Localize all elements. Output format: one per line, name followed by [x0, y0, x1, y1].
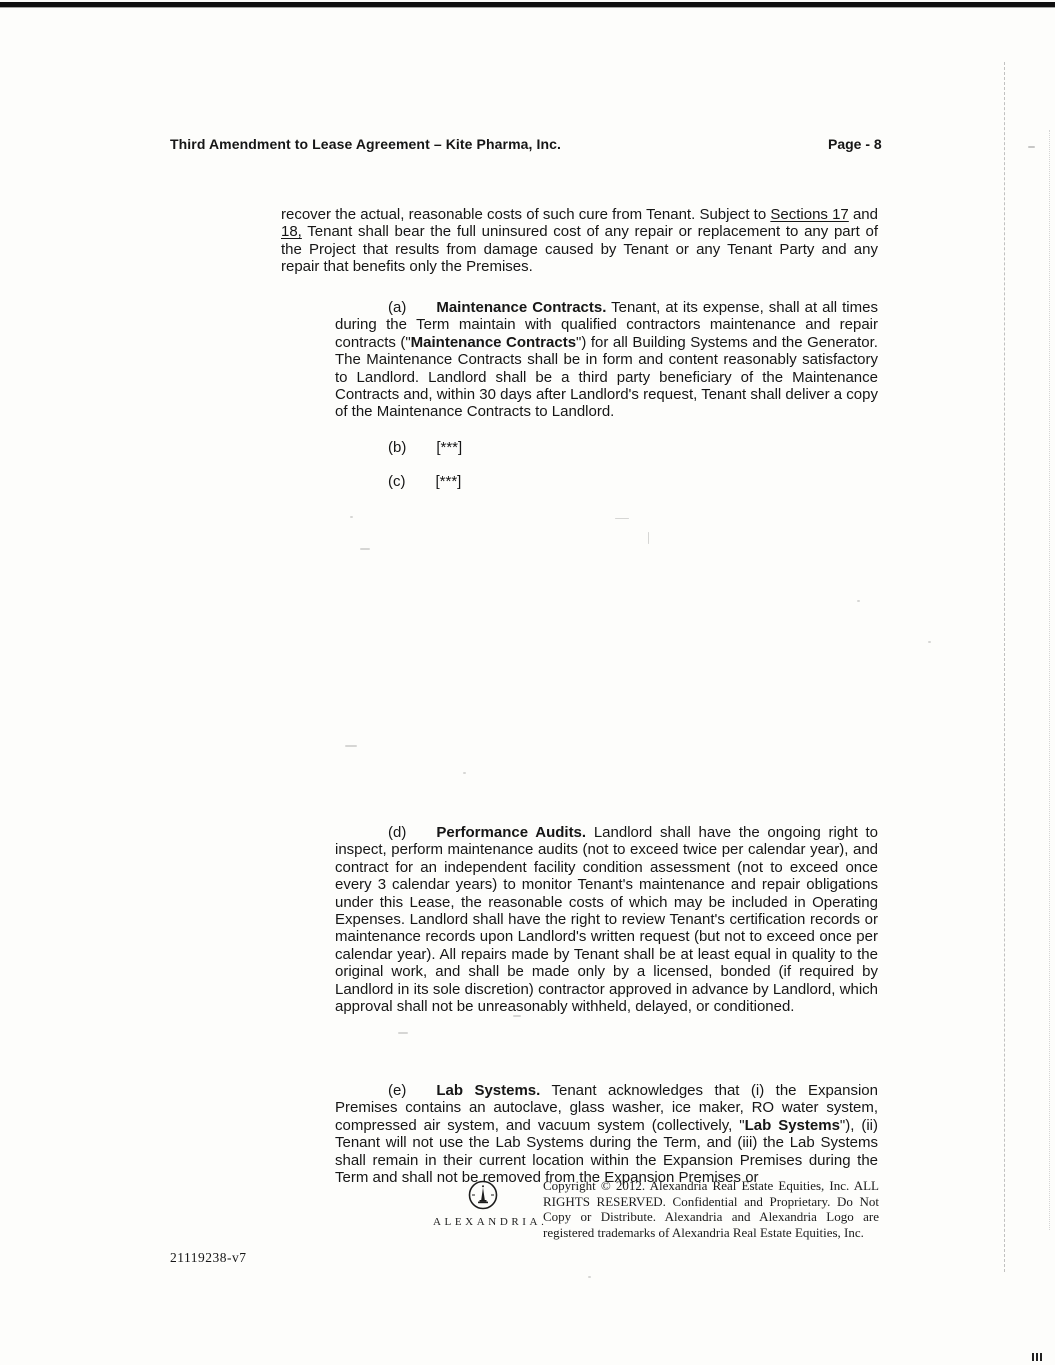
scan-speck — [648, 532, 649, 544]
scan-speck — [345, 745, 357, 747]
defined-term: Lab Systems — [745, 1117, 840, 1134]
scan-speck — [398, 1032, 408, 1034]
paragraph-intro: recover the actual, reasonable costs of … — [281, 206, 878, 276]
copyright-notice: Copyright © 2012. Alexandria Real Estate… — [543, 1178, 879, 1240]
text-segment: Tenant shall bear the full uninsured cos… — [281, 223, 878, 275]
clause-label: (c) — [388, 473, 406, 490]
scan-speck — [463, 772, 466, 774]
scan-speck — [513, 1015, 521, 1017]
scan-artifact-edge-line — [1049, 130, 1050, 1230]
scan-speck — [857, 600, 860, 602]
page-number-label: Page - 8 — [828, 136, 882, 152]
clause-heading: Maintenance Contracts. — [436, 299, 606, 316]
section-17-reference: Sections 17 — [770, 206, 848, 223]
scan-speck — [360, 548, 370, 550]
clause-label: (b) — [388, 439, 406, 456]
alexandria-logo: ALEXANDRIA. — [433, 1178, 533, 1228]
lighthouse-icon — [465, 1178, 501, 1214]
scan-speck — [615, 518, 629, 519]
scan-speck — [350, 516, 353, 518]
defined-term: Maintenance Contracts — [411, 334, 576, 351]
redacted-text: [***] — [436, 473, 462, 490]
scan-speck — [1028, 146, 1035, 148]
alexandria-logo-text: ALEXANDRIA. — [433, 1216, 533, 1228]
clause-heading: Performance Audits. — [436, 824, 586, 841]
clause-heading: Lab Systems. — [436, 1082, 540, 1099]
paragraph-e-lab-systems: (e)Lab Systems. Tenant acknowledges that… — [335, 1082, 878, 1186]
paragraph-a-maintenance-contracts: (a)Maintenance Contracts. Tenant, at its… — [335, 299, 878, 421]
document-control-number: 21119238-v7 — [170, 1250, 247, 1266]
scan-artifact-vertical-line — [1004, 62, 1005, 1272]
clause-label: (a) — [388, 299, 406, 316]
document-page: Third Amendment to Lease Agreement – Kit… — [0, 0, 1055, 1365]
clause-label: (d) — [388, 824, 406, 841]
scan-speck — [588, 1276, 591, 1278]
text-segment: and — [849, 206, 878, 223]
scan-top-edge-bar — [0, 2, 1055, 7]
scan-speck — [928, 641, 931, 643]
section-18-reference: 18, — [281, 223, 302, 240]
document-title: Third Amendment to Lease Agreement – Kit… — [170, 136, 561, 152]
clause-label: (e) — [388, 1082, 406, 1099]
text-segment: recover the actual, reasonable costs of … — [281, 206, 770, 223]
paragraph-c-redacted: (c)[***] — [335, 473, 878, 490]
paragraph-d-performance-audits: (d)Performance Audits. Landlord shall ha… — [335, 824, 878, 1015]
paragraph-b-redacted: (b)[***] — [335, 439, 878, 456]
scan-artifact-corner-mark — [1032, 1353, 1042, 1361]
text-segment: Landlord shall have the ongoing right to… — [335, 824, 878, 1015]
redacted-text: [***] — [436, 439, 462, 456]
